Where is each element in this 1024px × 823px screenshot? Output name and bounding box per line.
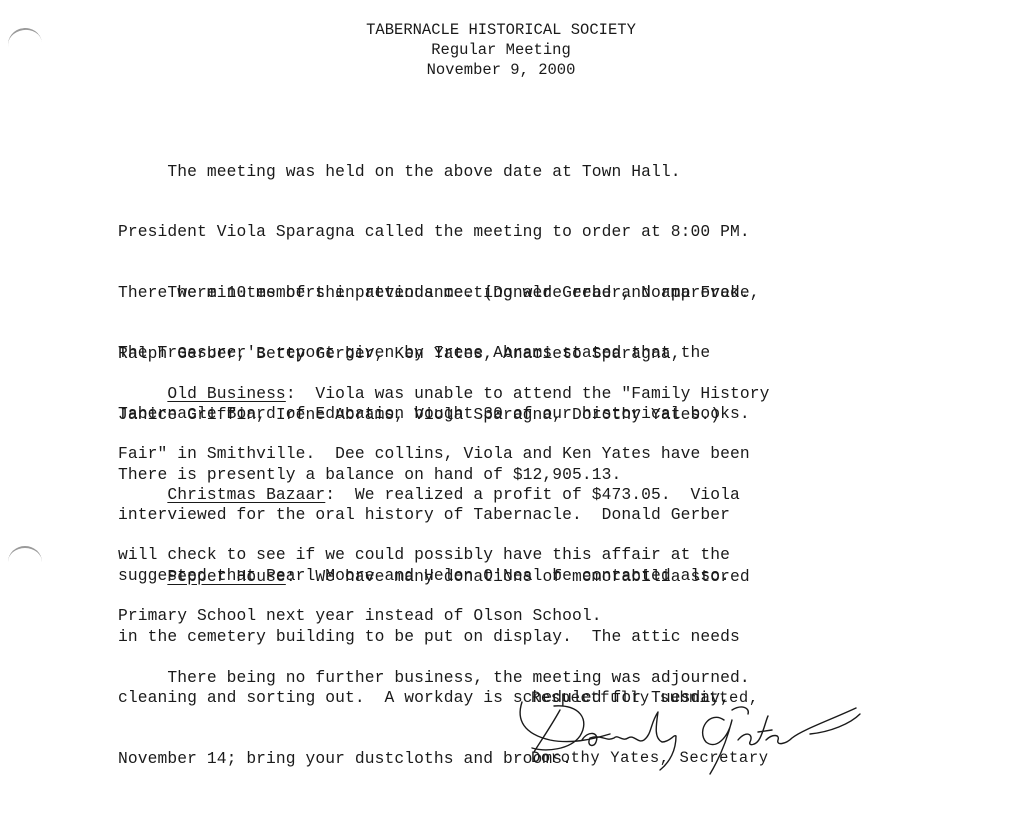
text-span: : We have many donations of memorabilia … (286, 567, 750, 586)
text-line: The meeting was held on the above date a… (118, 162, 760, 182)
meeting-date: November 9, 2000 (0, 60, 1013, 80)
signature-name: Dorothy Yates, Secretary (531, 748, 769, 768)
text-line: The minutes of the previous meeting were… (118, 283, 750, 303)
text-line: President Viola Sparagna called the meet… (118, 222, 760, 242)
text-line: Old Business: Viola was unable to attend… (118, 384, 769, 404)
section-heading: Old Business (167, 384, 285, 403)
organization-title: TABERNACLE HISTORICAL SOCIETY (0, 20, 1013, 40)
text-span: : Viola was unable to attend the "Family… (286, 384, 770, 403)
punch-hole-mark (8, 546, 42, 578)
document-page: TABERNACLE HISTORICAL SOCIETY Regular Me… (0, 0, 1024, 823)
section-heading: Pepper House (167, 567, 285, 586)
text-line: There being no further business, the mee… (118, 668, 750, 688)
text-line: Pepper House: We have many donations of … (118, 567, 750, 587)
meeting-type: Regular Meeting (0, 40, 1013, 60)
text-span: : We realized a profit of $473.05. Viola (325, 485, 740, 504)
text-line: Christmas Bazaar: We realized a profit o… (118, 485, 740, 505)
document-header: TABERNACLE HISTORICAL SOCIETY Regular Me… (0, 20, 1013, 80)
section-heading: Christmas Bazaar (167, 485, 325, 504)
